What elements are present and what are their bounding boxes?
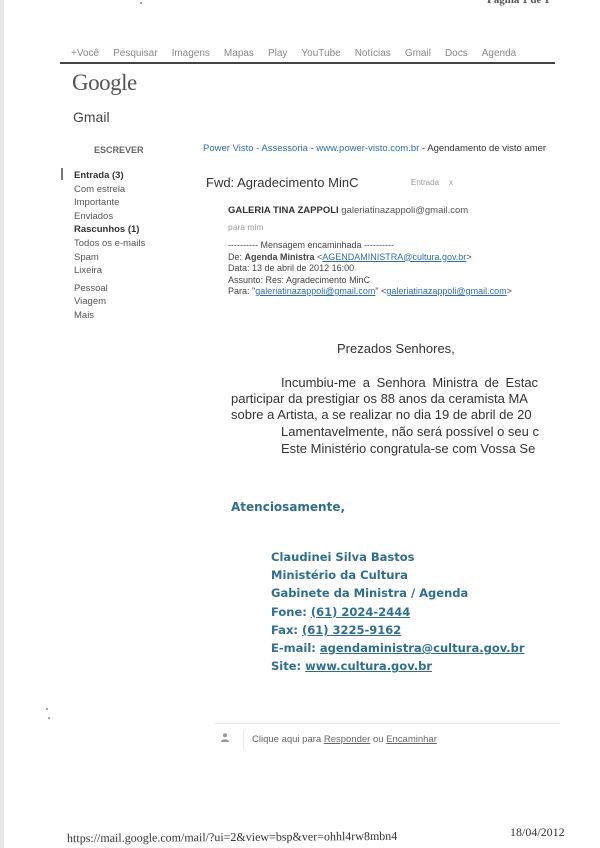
site-link[interactable]: www.cultura.gov.br xyxy=(305,659,432,673)
ad-text: Agendamento de visto amer xyxy=(427,143,546,154)
nav-docs[interactable]: Docs xyxy=(445,48,468,59)
scan-speck xyxy=(46,708,48,710)
forward-link[interactable]: Encaminhar xyxy=(386,734,437,745)
sender-line: GALERIA TINA ZAPPOLI galeriatinazappoli@… xyxy=(228,205,468,216)
from-label: De: xyxy=(228,252,245,262)
nav-mapas[interactable]: Mapas xyxy=(224,48,254,59)
forward-divider: ---------- Mensagem encaminhada --------… xyxy=(228,240,512,252)
signature-site: Site: www.cultura.gov.br xyxy=(271,657,525,675)
body-line: sobre a Artista, a se realizar no dia 19… xyxy=(231,407,532,422)
signature-block: Claudinei Silva Bastos Ministério da Cul… xyxy=(271,548,525,675)
body-line: Lamentavelmente, não será possível o seu… xyxy=(281,424,539,439)
email-subject: Fwd: Agradecimento MinC xyxy=(206,175,358,190)
reply-link[interactable]: Responder xyxy=(324,734,370,745)
label-chip-text[interactable]: Entrada xyxy=(411,178,439,187)
fax-link[interactable]: (61) 3225-9162 xyxy=(302,623,401,637)
signature-org: Ministério da Cultura xyxy=(271,566,525,584)
nav-gmail[interactable]: Gmail xyxy=(405,48,431,59)
sidebar-more[interactable]: Mais xyxy=(74,309,145,323)
sender-email: galeriatinazappoli@gmail.com xyxy=(341,205,468,216)
ad-title[interactable]: Power Visto - Assessoria xyxy=(203,143,308,154)
from-email-link[interactable]: AGENDAMINISTRA@cultura.gov.br xyxy=(322,252,466,262)
sidebar-item-com-estrela[interactable]: Com estrela xyxy=(74,183,145,197)
scan-speck xyxy=(140,2,142,4)
sidebar-item-rascunhos[interactable]: Rascunhos (1) xyxy=(74,223,145,237)
signature-phone: Fone: (61) 2024-2444 xyxy=(271,603,525,621)
nav-voce[interactable]: +Você xyxy=(71,48,99,59)
forwarded-header: ---------- Mensagem encaminhada --------… xyxy=(228,240,512,298)
forward-subject: Assunto: Res: Agradecimento MinC xyxy=(228,275,512,287)
remove-label-icon[interactable]: x xyxy=(449,178,453,187)
forward-to: Para: "galeriatinazappoli@gmail.com" <ga… xyxy=(228,286,512,298)
sender-name: GALERIA TINA ZAPPOLI xyxy=(228,205,339,216)
body-line: Este Ministério congratula-se com Vossa … xyxy=(281,441,535,456)
from-name: Agenda Ministra xyxy=(245,252,315,262)
google-logo[interactable]: Google xyxy=(72,70,137,96)
nav-noticias[interactable]: Notícias xyxy=(355,48,391,59)
print-footer-url: https://mail.google.com/mail/?ui=2&view=… xyxy=(67,829,397,846)
body-greeting: Prezados Senhores, xyxy=(337,341,455,356)
signature-closing: Atenciosamente, xyxy=(231,500,345,514)
reply-prefix: Clique aqui para xyxy=(252,734,324,745)
phone-link[interactable]: (61) 2024-2444 xyxy=(311,605,410,619)
selected-folder-marker xyxy=(61,168,63,180)
sidebar-label-viagem[interactable]: Viagem xyxy=(74,295,145,309)
folder-list: Entrada (3) Com estrela Importante Envia… xyxy=(74,169,145,323)
sidebar-item-enviados[interactable]: Enviados xyxy=(74,210,145,224)
recipient-line[interactable]: para mim xyxy=(228,222,263,232)
nav-youtube[interactable]: YouTube xyxy=(301,48,340,59)
compose-button[interactable]: ESCREVER xyxy=(94,145,144,155)
to-label: Para: xyxy=(228,286,252,296)
nav-play[interactable]: Play xyxy=(268,48,287,59)
reply-or: ou xyxy=(370,734,386,745)
sidebar-label-pessoal[interactable]: Pessoal xyxy=(74,282,145,296)
signature-dept: Gabinete da Ministra / Agenda xyxy=(271,584,525,602)
scan-speck xyxy=(48,717,50,719)
sidebar-item-lixeira[interactable]: Lixeira xyxy=(74,264,145,278)
sidebar-item-todos[interactable]: Todos os e-mails xyxy=(74,237,145,251)
to-name-link[interactable]: galeriatinazappoli@gmail.com xyxy=(255,286,375,296)
print-footer-date: 18/04/2012 xyxy=(510,825,565,840)
ad-url[interactable]: www.power-visto.com.br xyxy=(316,143,419,154)
nav-agenda[interactable]: Agenda xyxy=(482,48,516,59)
forward-from: De: Agenda Ministra <AGENDAMINISTRA@cult… xyxy=(228,252,512,264)
email-link[interactable]: agendaministra@cultura.gov.br xyxy=(320,641,525,655)
inbox-label-chip: Entradax xyxy=(411,178,453,187)
google-top-nav: +Você Pesquisar Imagens Mapas Play YouTu… xyxy=(60,48,555,64)
nav-pesquisar[interactable]: Pesquisar xyxy=(113,48,157,59)
signature-fax: Fax: (61) 3225-9162 xyxy=(271,621,525,639)
person-icon xyxy=(221,733,229,742)
sidebar-item-spam[interactable]: Spam xyxy=(74,251,145,265)
body-line: Incumbiu-me a Senhora Ministra de Estac xyxy=(281,375,538,390)
sponsored-ad-line[interactable]: Power Visto - Assessoria - www.power-vis… xyxy=(203,143,558,154)
nav-imagens[interactable]: Imagens xyxy=(172,48,210,59)
to-email-link[interactable]: galeriatinazappoli@gmail.com xyxy=(386,286,506,296)
sidebar-item-importante[interactable]: Importante xyxy=(74,196,145,210)
signature-name: Claudinei Silva Bastos xyxy=(271,548,525,566)
reply-divider xyxy=(215,723,560,724)
signature-email: E-mail: agendaministra@cultura.gov.br xyxy=(271,639,525,657)
sidebar-item-entrada[interactable]: Entrada (3) xyxy=(74,169,145,183)
forward-date: Data: 13 de abril de 2012 16:00 xyxy=(228,263,512,275)
gmail-product-label[interactable]: Gmail xyxy=(73,109,110,125)
scan-edge xyxy=(0,0,4,848)
page-counter: Página 1 de 1 xyxy=(487,0,550,6)
body-line: participar da prestigiar os 88 anos da c… xyxy=(231,391,528,406)
reply-prompt: Clique aqui para Responder ou Encaminhar xyxy=(252,734,437,745)
